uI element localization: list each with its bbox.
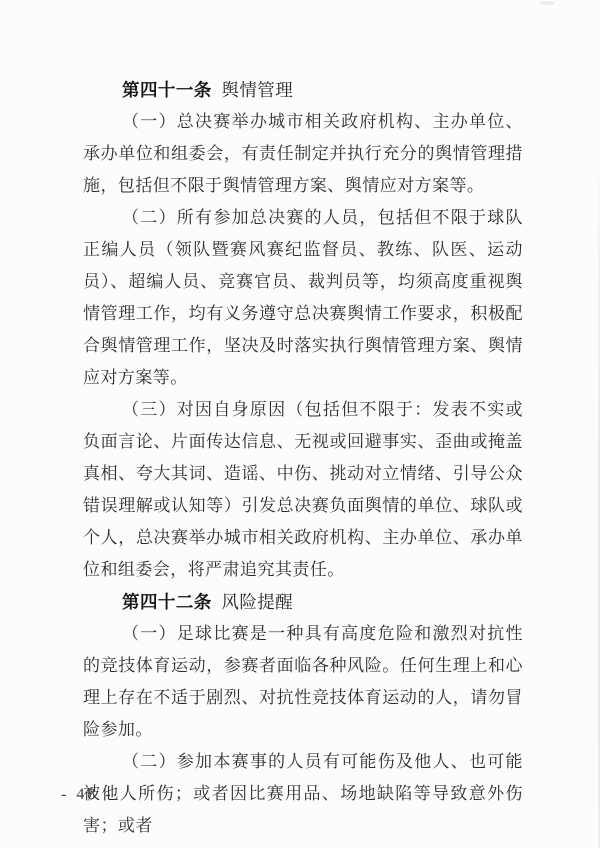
scan-artifact bbox=[540, 1, 554, 5]
article-41-number: 第四十一条 bbox=[122, 80, 212, 100]
article-41-paragraph-2: （二）所有参加总决赛的人员，包括但不限于球队正编人员（领队暨赛风赛纪监督员、教练… bbox=[83, 202, 523, 394]
document-content: 第四十一条舆情管理 （一）总决赛举办城市相关政府机构、主办单位、承办单位和组委会… bbox=[83, 74, 523, 842]
article-42-paragraph-2: （二）参加本赛事的人员有可能伤及他人、也可能被他人所伤；或者因比赛用品、场地缺陷… bbox=[83, 746, 523, 842]
article-41-paragraph-3: （三）对因自身原因（包括但不限于：发表不实或负面言论、片面传达信息、无视或回避事… bbox=[83, 394, 523, 586]
scanned-document-page: 第四十一条舆情管理 （一）总决赛举办城市相关政府机构、主办单位、承办单位和组委会… bbox=[0, 0, 600, 848]
article-42-title: 风险提醒 bbox=[221, 592, 293, 612]
article-41-title: 舆情管理 bbox=[221, 80, 293, 100]
article-42-number: 第四十二条 bbox=[122, 592, 212, 612]
article-42-heading: 第四十二条风险提醒 bbox=[83, 586, 523, 618]
article-41-paragraph-1: （一）总决赛举办城市相关政府机构、主办单位、承办单位和组委会，有责任制定并执行充… bbox=[83, 106, 523, 202]
article-42-paragraph-1: （一）足球比赛是一种具有高度危险和激烈对抗性的竞技体育运动，参赛者面临各种风险。… bbox=[83, 618, 523, 746]
page-number: - 48 - bbox=[61, 786, 114, 804]
article-41-heading: 第四十一条舆情管理 bbox=[83, 74, 523, 106]
